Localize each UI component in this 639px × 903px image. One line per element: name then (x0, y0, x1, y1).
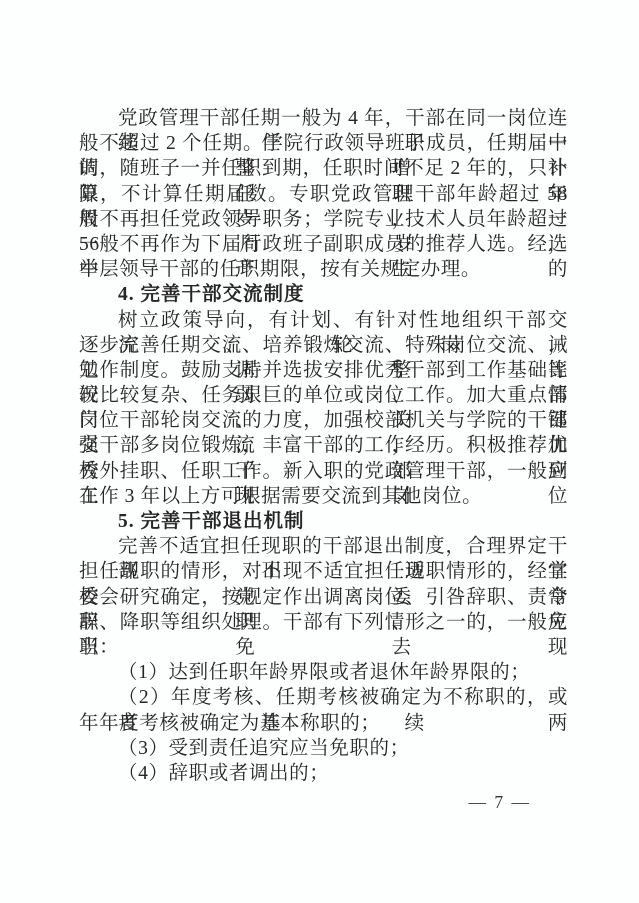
text-line: 委会研究确定，按规定作出调离岗位、引咎辞职、责令辞职、免 (79, 585, 568, 610)
text-line: 担任现职的情形，对出现不适宜担任现职情形的，经学校党委常 (79, 559, 568, 584)
text-line: 逐步完善任期交流、培养锻炼交流、特殊岗位交流、诫勉调整等 (79, 333, 568, 358)
text-line: 工作制度。鼓励支持并选拔安排优秀干部到工作基础比较弱、情 (79, 358, 568, 383)
text-line: 校外挂职、任职工作。新入职的党政管理干部，一般应在现岗位 (79, 459, 568, 484)
text-line: （2）年度考核、任期考核被确定为不称职的，或者连续两 (79, 685, 568, 710)
text-line: （1）达到任职年龄界限或者退休年龄界限的； (79, 660, 568, 685)
list-item: （2）年度考核、任期考核被确定为不称职的，或者连续两年年度考核被确定为基本称职的… (79, 685, 568, 735)
text-line: 5. 完善干部退出机制 (79, 509, 568, 534)
text-line: （4）辞职或者调出的； (79, 761, 568, 786)
paragraph: 完善不适宜担任现职的干部退出制度，合理界定干部不适宜担任现职的情形，对出现不适宜… (79, 534, 568, 660)
section-heading: 4. 完善干部交流制度 (79, 282, 568, 307)
text-line: 4. 完善干部交流制度 (79, 282, 568, 307)
text-line: 般不再担任党政领导职务；学院专业技术人员年龄超过 56 周岁， (79, 207, 568, 232)
text-line: 的，随班子一并任职到期，任职时间不足 2 年的，只计算任职年 (79, 156, 568, 181)
section-heading: 5. 完善干部退出机制 (79, 509, 568, 534)
text-line: 职、降职等组织处理。干部有下列情形之一的，一般应当免去现 (79, 610, 568, 635)
text-line: （3）受到责任追究应当免职的； (79, 736, 568, 761)
text-line: 般不超过 2 个任期。学院行政领导班子成员，任期届中调整增补 (79, 131, 568, 156)
document-body: 党政管理干部任期一般为 4 年，干部在同一岗位连续任职一般不超过 2 个任期。学… (79, 106, 568, 786)
text-line: 限，不计算任期届数。专职党政管理干部年龄超过 58 周岁，一 (79, 182, 568, 207)
page-number: — 7 — (469, 792, 532, 813)
text-line: 强干部多岗位锻炼，丰富干部的工作经历。积极推荐优秀干部到 (79, 433, 568, 458)
document-page: 党政管理干部任期一般为 4 年，干部在同一岗位连续任职一般不超过 2 个任期。学… (0, 0, 639, 903)
list-item: （1）达到任职年龄界限或者退休年龄界限的； (79, 660, 568, 685)
text-line: 一般不再作为下届行政班子副职成员的推荐人选。经选举产生的 (79, 232, 568, 257)
list-item: （3）受到责任追究应当免职的； (79, 736, 568, 761)
paragraph: 树立政策导向，有计划、有针对性地组织干部交流、轮岗，逐步完善任期交流、培养锻炼交… (79, 308, 568, 510)
list-item: （4）辞职或者调出的； (79, 761, 568, 786)
text-line: 况比较复杂、任务艰巨的单位或岗位工作。加大重点部门、关键 (79, 383, 568, 408)
text-line: 树立政策导向，有计划、有针对性地组织干部交流、轮岗， (79, 308, 568, 333)
text-line: 完善不适宜担任现职的干部退出制度，合理界定干部不适宜 (79, 534, 568, 559)
text-line: 党政管理干部任期一般为 4 年，干部在同一岗位连续任职一 (79, 106, 568, 131)
text-line: 岗位干部轮岗交流的力度，加强校部机关与学院的干部交流，加 (79, 408, 568, 433)
paragraph: 党政管理干部任期一般为 4 年，干部在同一岗位连续任职一般不超过 2 个任期。学… (79, 106, 568, 282)
